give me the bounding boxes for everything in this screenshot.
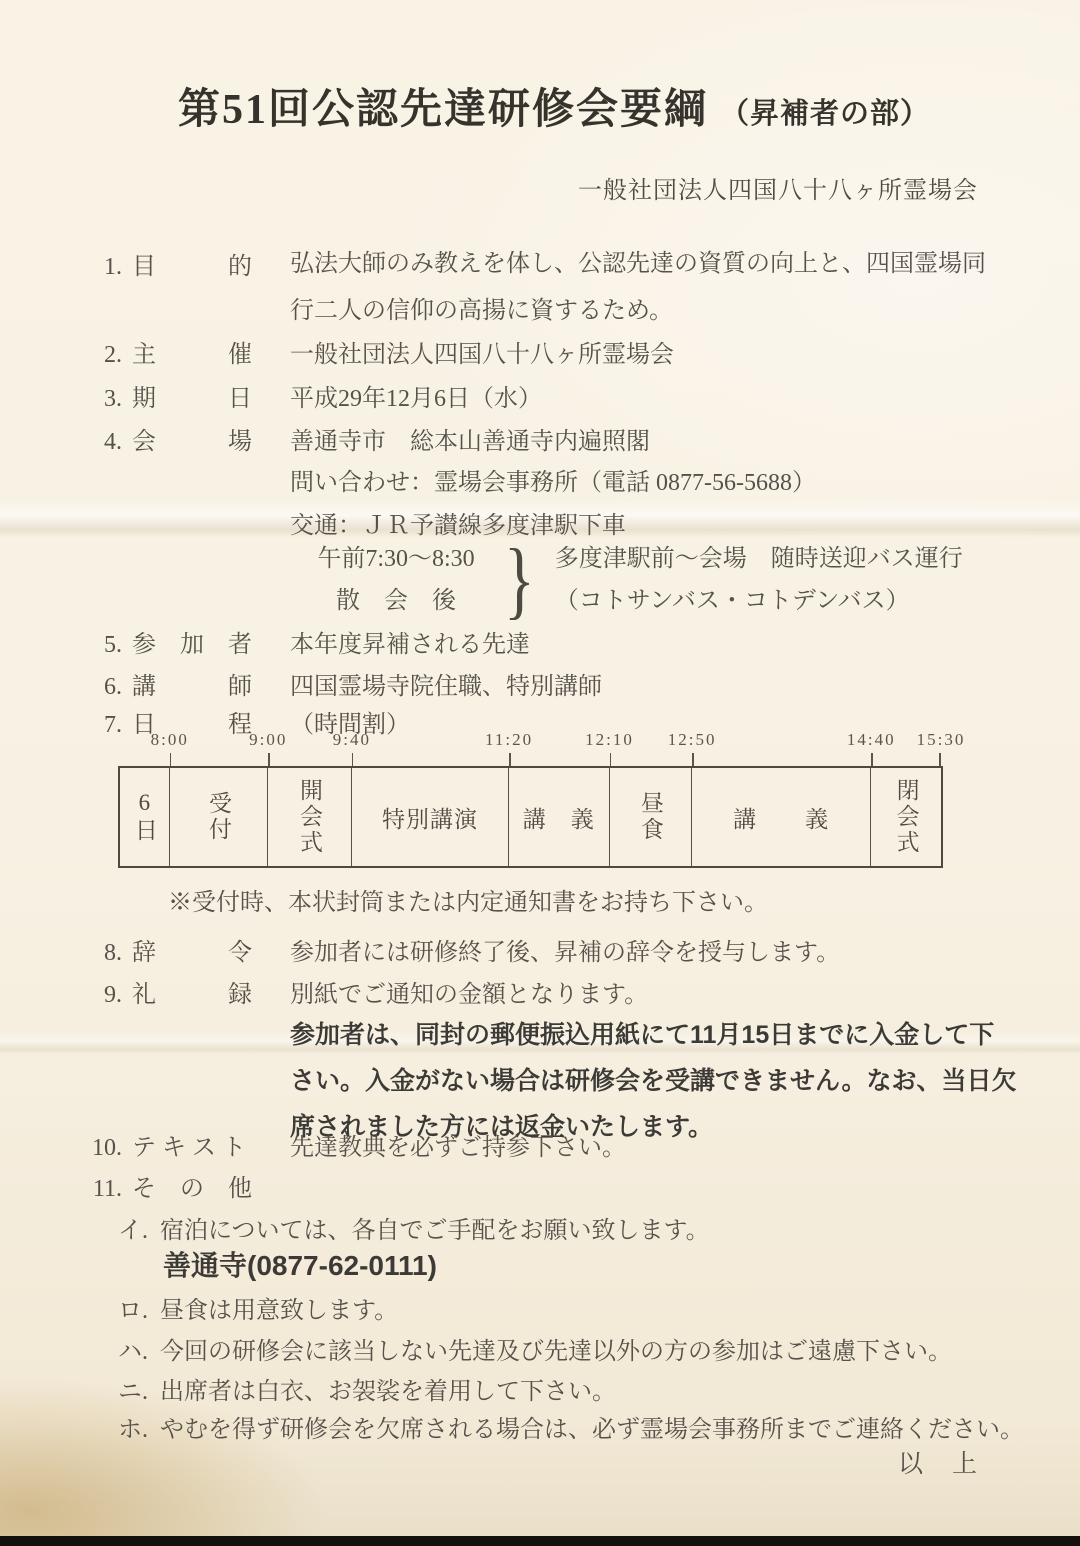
cell-text: 講 義 [733,801,829,834]
item-venue: 4. 会 場 善通寺市 総本山善通寺内遍照閣 [88,427,650,457]
list-marker: ホ. [118,1409,160,1444]
other-note-eligibility: ハ. 今回の研修会に該当しない先達及び先達以外の方の参加はご遠慮下さい。 [118,1331,952,1366]
tick-mark [871,753,873,766]
item-number: 9. [88,980,122,1010]
item-text: 善通寺市 総本山善通寺内遍照閣 [290,427,650,457]
item-label: 講 師 [132,672,290,702]
item-host: 2. 主 催 一般社団法人四国八十八ヶ所霊場会 [88,340,674,370]
bus-time-morning: 午前7:30～8:30 [290,538,502,580]
item-appointment: 8. 辞 令 参加者には研修終了後、昇補の辞令を授与します。 [88,938,840,968]
item-text: 一般社団法人四国八十八ヶ所霊場会 [290,340,674,370]
list-marker: イ. [118,1210,160,1245]
list-text: 宿泊については、各自でご手配をお願い致します。 [160,1210,710,1245]
item-text: 四国霊場寺院住職、特別講師 [290,672,602,702]
item-others: 11. そ の 他 [88,1174,290,1204]
schedule-table: 8:00 9:00 9:40 11:20 12:10 12:50 14:40 1… [118,766,943,868]
schedule-cell-special-lecture: 特別講演 [352,768,509,866]
shuttle-bus-info: 午前7:30～8:30 散 会 後 } 多度津駅前～会場 随時送迎バス運行 （コ… [290,538,963,622]
item-number: 7. [88,710,122,740]
item-lecturers: 6. 講 師 四国霊場寺院住職、特別講師 [88,672,602,702]
item-number: 10. [88,1133,122,1163]
item-text-line: 弘法大師のみ教えを体し、公認先達の資質の向上と、四国霊場同 [290,241,986,288]
brace-glyph: } [504,530,535,630]
other-note-lunch: ロ. 昼食は用意致します。 [118,1290,398,1325]
item-purpose: 1. 目 的 弘法大師のみ教えを体し、公認先達の資質の向上と、四国霊場同 行二人… [88,252,986,335]
item-label: 会 場 [132,427,290,457]
cell-text: 6日 [128,790,161,844]
schedule-cell-lecture-2: 講 義 [692,768,871,866]
venue-contact: 問い合わせ：霊場会事務所（電話 0877-56-5688） [290,462,816,497]
payment-notice-line: さい。入金がない場合は研修会を受講できません。なお、当日欠 [290,1058,1017,1104]
bus-route: 多度津駅前～会場 随時送迎バス運行 （コトサンバス・コトデンバス） [555,538,963,622]
closing-phrase: 以 上 [898,1444,979,1480]
item-label: 主 催 [132,340,290,370]
schedule-cell-closing: 閉会式 [871,768,941,866]
other-note-lodging: イ. 宿泊については、各自でご手配をお願い致します。 [118,1210,710,1245]
bus-operator-line: （コトサンバス・コトデンバス） [555,580,963,622]
item-number: 4. [88,427,122,457]
tick-mark [509,753,511,766]
list-marker: ハ. [118,1331,160,1366]
list-marker: ロ. [118,1290,160,1325]
schedule-cell-reception: 受付 [170,768,269,866]
item-label: 目 的 [132,252,290,335]
item-text: 弘法大師のみ教えを体し、公認先達の資質の向上と、四国霊場同 行二人の信仰の高揚に… [290,241,986,335]
item-number: 8. [88,938,122,968]
tick-mark [268,753,270,766]
venue-access: 交通：ＪＲ予讃線多度津駅下車 [290,505,626,540]
item-text-line: 行二人の信仰の高揚に資するため。 [290,288,986,335]
item-number: 11. [88,1174,122,1204]
item-number: 6. [88,672,122,702]
item-label: 期 日 [132,384,290,414]
item-participants: 5. 参 加 者 本年度昇補される先達 [88,630,530,660]
time-label: 14:40 [847,730,896,750]
item-textbook: 10. テ キ ス ト 先達教典を必ずご持参下さい。 [88,1133,626,1163]
item-label: 礼 録 [132,980,290,1010]
item-label: テ キ ス ト [132,1133,290,1163]
time-label: 12:50 [668,730,717,750]
tick-mark [352,753,354,766]
time-label: 15:30 [917,730,966,750]
bus-route-line: 多度津駅前～会場 随時送迎バス運行 [555,538,963,580]
cell-text: 講 義 [523,801,595,834]
schedule-cell-opening: 開会式 [268,768,352,866]
schedule-note: ※受付時、本状封筒または内定通知書をお持ち下さい。 [168,882,768,917]
item-text: 平成29年12月6日（水） [290,384,542,414]
item-date: 3. 期 日 平成29年12月6日（水） [88,384,542,414]
cell-text: 昼食 [634,791,667,843]
title-main: 第51回公認先達研修会要綱 [178,76,708,136]
item-number: 3. [88,384,122,414]
cell-text: 特別講演 [382,801,478,834]
list-text: 今回の研修会に該当しない先達及び先達以外の方の参加はご遠慮下さい。 [160,1331,952,1366]
zentsuji-phone: 善通寺(0877-62-0111) [163,1244,437,1284]
tick-mark [610,753,612,766]
payment-notice-line: 参加者は、同封の郵便振込用紙にて11月15日までに入金して下 [290,1012,1017,1058]
list-text: 昼食は用意致します。 [160,1290,398,1325]
item-label: そ の 他 [132,1174,290,1204]
item-fee: 9. 礼 録 別紙でご通知の金額となります。 [88,980,648,1010]
schedule-cell-lunch: 昼食 [610,768,693,866]
item-text: 先達教典を必ずご持参下さい。 [290,1133,626,1163]
time-label: 11:20 [485,730,533,750]
other-note-attire: ニ. 出席者は白衣、お袈裟を着用して下さい。 [118,1371,616,1406]
cell-text: 開会式 [293,778,326,856]
cell-text: 閉会式 [890,778,923,856]
time-label: 9:00 [249,730,287,750]
item-number: 5. [88,630,122,660]
scanned-document-page: 第51回公認先達研修会要綱 （昇補者の部） 一般社団法人四国八十八ヶ所霊場会 1… [0,0,1080,1546]
cell-text: 受付 [202,791,235,843]
item-label: 参 加 者 [132,630,290,660]
schedule-cell-lecture-1: 講 義 [509,768,609,866]
tick-mark [939,753,941,766]
list-text: 出席者は白衣、お袈裟を着用して下さい。 [160,1371,616,1406]
time-label: 12:10 [585,730,634,750]
page-title: 第51回公認先達研修会要綱 （昇補者の部） [178,76,930,136]
other-note-absence: ホ. やむを得ず研修会を欠席される場合は、必ず霊場会事務所までご連絡ください。 [118,1409,1024,1444]
organization-name: 一般社団法人四国八十八ヶ所霊場会 [578,170,978,205]
item-number: 1. [88,252,122,335]
scan-edge-bar [0,1536,1080,1546]
item-text: 別紙でご通知の金額となります。 [290,980,648,1010]
item-number: 2. [88,340,122,370]
payment-notice: 参加者は、同封の郵便振込用紙にて11月15日までに入金して下 さい。入金がない場… [290,1012,1017,1150]
schedule-cell-day: 6日 [120,768,170,866]
list-marker: ニ. [118,1371,160,1406]
bus-time-after: 散 会 後 [290,580,502,622]
item-label: 辞 令 [132,938,290,968]
tick-mark [692,753,694,766]
bus-times: 午前7:30～8:30 散 会 後 [290,538,502,622]
item-text: 本年度昇補される先達 [290,630,530,660]
time-label: 8:00 [151,730,189,750]
list-text: やむを得ず研修会を欠席される場合は、必ず霊場会事務所までご連絡ください。 [160,1409,1024,1444]
item-text: 参加者には研修終了後、昇補の辞令を授与します。 [290,938,840,968]
title-suffix: （昇補者の部） [720,91,930,132]
time-label: 9:40 [333,730,371,750]
tick-mark [170,753,172,766]
